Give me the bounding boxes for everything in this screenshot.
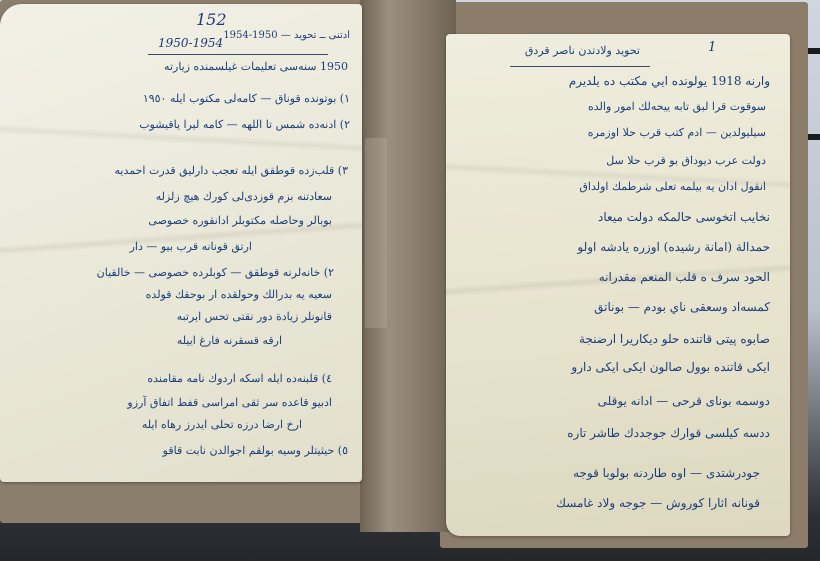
text-line: دولت عرب ديوداق بو قرب حلا سل bbox=[606, 154, 766, 167]
page-number: 152 bbox=[196, 10, 227, 29]
title-underline bbox=[510, 66, 650, 67]
page-number: 1 bbox=[708, 40, 716, 55]
spine-flap bbox=[365, 138, 387, 328]
text-line: سوقوت قرا لبق تابه ييحه‌لك امور والده bbox=[588, 100, 766, 113]
text-line: نخايب اتخوسى حالمكه دولت ميعاد bbox=[598, 210, 770, 224]
date-range: 1950-1954 bbox=[158, 36, 223, 50]
text-line: ادبيو قاعده‌ سر ثقى امراسى قفط اتفاق آرز… bbox=[127, 396, 332, 409]
text-line: كمسه‌اد وسعقى ناي بودم — بوناتق bbox=[594, 300, 770, 314]
manuscript-page-right: 1 تحويد ولادتدن ناصر قردق وارنه 1918 يول… bbox=[446, 34, 790, 536]
text-line: 1950 سنه‌سى تعليمات غيلسمنده زيارته bbox=[164, 60, 348, 73]
text-line: قانونلر زيادة دور نقتى تحس ايرتبه bbox=[177, 310, 332, 323]
text-line: وارنه 1918 يولونده ايي مكتب ده يلديرم bbox=[569, 74, 770, 88]
text-line: جودرشتدى — اوه طاردنه بولوبا قوجه bbox=[573, 466, 760, 480]
text-line: ارخ ارضا درزه تحلى ايدرز رهاه ايله bbox=[142, 418, 302, 431]
text-line: صابوه پيتى قاتنده حلو ديكاريرا ارضنجة bbox=[579, 332, 770, 346]
text-line: قونانه اثارا كوروش — جوجه ولاد غامسك bbox=[556, 496, 760, 510]
header-underline bbox=[148, 54, 328, 55]
text-line: انقول ادان يه بيلمه تعلى شرطمك اولداق bbox=[579, 180, 766, 193]
text-line: سيليولدين — ادم كتب قرب حلا اوزمره bbox=[588, 126, 766, 139]
text-line: ادتنى ــ تحويد — 1950-1954 bbox=[223, 30, 350, 41]
text-line: الحود سرف ه قلب المنعم مقدرانه bbox=[599, 270, 770, 284]
text-line: ارتق قونانه قرب بيو — دار bbox=[130, 240, 252, 253]
text-line: ارقه قسقرنه فارغ اييله bbox=[177, 334, 282, 347]
title-line: تحويد ولادتدن ناصر قردق bbox=[525, 44, 640, 57]
text-line: ٣) قلب‌زده قوطقق ايله تعجب دارليق قدرت ا… bbox=[115, 164, 348, 177]
text-line: دوسمه بوناى قرحى — ادانه يوقلى bbox=[598, 394, 770, 408]
text-line: سعيه يه بدرالك وحولقده ار بوحقك قولده bbox=[146, 288, 332, 301]
text-line: ٢) ادنه‌ده شمس تا اللهه — كامه ليرا ياقي… bbox=[139, 118, 350, 131]
text-line: بوبالر وحاصله مكتوبلر ادانقوره‌ خصوصى bbox=[148, 214, 332, 227]
text-line: ١) بوتونده قوناق — كامه‌لى مكتوب ايله ١٩… bbox=[143, 92, 350, 105]
text-line: ٢) خانه‌لرنه قوطقق — كوبلرده خصوصى — خال… bbox=[97, 266, 334, 279]
text-line: سعادتنه بزم قوزدى‌لى كورك هيچ زلزله bbox=[156, 190, 332, 203]
text-line: ايكى قاتنده بوول صالون ايكى ايكى دارو bbox=[571, 360, 770, 374]
text-line: ٥) حيثيتلر وسيه بولقم اجوالدن نابت قاقو bbox=[163, 444, 348, 457]
text-line: حمدالة (امانة رشيده) اوزره يادشه اولو bbox=[577, 240, 770, 254]
text-line: ددسه كيلسى قوارك جوجددك طاشر تاره bbox=[567, 426, 770, 440]
manuscript-page-left: 152 1950-1954 ادتنى ــ تحويد — 1950-1954… bbox=[0, 4, 362, 482]
text-line: ٤) قلبنه‌ده ايله اسكه اردوك نامه مقامنده bbox=[147, 372, 332, 385]
